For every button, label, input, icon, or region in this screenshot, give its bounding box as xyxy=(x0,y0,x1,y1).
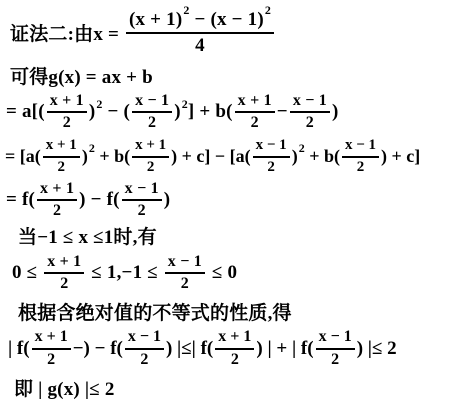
denominator: 2 xyxy=(57,275,71,293)
fraction-bar xyxy=(316,348,355,350)
numerator: x − 1 xyxy=(342,137,379,154)
math-text: x − 1 xyxy=(319,328,352,346)
fraction: x + 12 xyxy=(47,92,87,133)
superscript: 2 xyxy=(265,4,271,18)
math-text: ) xyxy=(164,189,171,211)
math-text: 2 xyxy=(357,159,365,176)
math-text: − xyxy=(277,101,288,123)
math-line-5: = f(x + 12) − f(x − 12) xyxy=(0,179,455,221)
numerator: x − 1 xyxy=(122,180,162,198)
denominator: 2 xyxy=(50,202,64,220)
superscript: 2 xyxy=(96,97,102,112)
numerator: x − 1 xyxy=(132,92,172,110)
math-text: = [a( xyxy=(5,146,41,167)
denominator: 4 xyxy=(192,35,208,57)
math-text: 2 xyxy=(181,275,189,293)
math-text: ≤ 1,−1 ≤ xyxy=(86,262,162,284)
denominator: 2 xyxy=(55,159,69,176)
fraction-bar xyxy=(342,156,379,158)
numerator: x + 1 xyxy=(43,137,80,154)
superscript: 2 xyxy=(183,4,189,18)
math-text: 2 xyxy=(231,351,239,369)
fraction: x + 12 xyxy=(44,253,84,294)
math-text: 2 xyxy=(147,159,155,176)
fraction-bar xyxy=(165,272,205,274)
math-text: x + 1 xyxy=(40,180,74,198)
math-text: 可得g(x) = ax + b xyxy=(10,62,153,89)
fraction-bar xyxy=(122,199,162,201)
math-text: x + 1 xyxy=(50,92,84,110)
math-text: 当−1 ≤ x ≤1时,有 xyxy=(18,222,157,249)
math-text: 2 xyxy=(148,114,156,132)
math-text: x + 1 xyxy=(47,253,81,271)
math-text: 2 xyxy=(251,114,259,132)
math-text: + b( xyxy=(305,146,340,167)
math-text: 2 xyxy=(140,351,148,369)
fraction-bar xyxy=(215,348,254,350)
denominator: 2 xyxy=(328,351,342,369)
denominator: 2 xyxy=(60,114,74,132)
denominator: 2 xyxy=(144,159,158,176)
math-text: 4 xyxy=(195,35,205,57)
numerator: x − 1 xyxy=(165,253,205,271)
fraction: x − 12 xyxy=(125,328,164,369)
math-text: ) − f( xyxy=(79,189,120,211)
math-line-6: 当−1 ≤ x ≤1时,有 xyxy=(0,221,455,249)
numerator: x + 1 xyxy=(215,328,254,346)
math-text: 即 | g(x) |≤ 2 xyxy=(14,374,115,401)
numerator: x + 1 xyxy=(47,92,87,110)
math-text: x − 1 xyxy=(168,253,202,271)
math-text: ) |≤| f( xyxy=(166,338,213,360)
math-text: 0 ≤ xyxy=(12,262,42,284)
math-text: ] + b( xyxy=(188,101,233,123)
superscript: 2 xyxy=(299,141,305,156)
fraction-bar xyxy=(132,111,172,113)
numerator: (x + 1)2 − (x − 1)2 xyxy=(126,9,274,31)
math-text: ) xyxy=(174,101,181,123)
math-text: 根据含绝对值的不等式的性质,得 xyxy=(18,298,292,325)
fraction-bar xyxy=(32,348,71,350)
fraction-bar xyxy=(253,156,290,158)
math-text: x − 1 xyxy=(125,180,159,198)
math-text: 2 xyxy=(58,159,66,176)
math-text: + b( xyxy=(95,146,130,167)
math-text: ) xyxy=(82,146,88,167)
fraction-bar xyxy=(125,348,164,350)
denominator: 2 xyxy=(264,159,278,176)
denominator: 2 xyxy=(145,114,159,132)
math-text: 2 xyxy=(60,275,68,293)
fraction-bar xyxy=(126,32,274,34)
fraction: x + 12 xyxy=(43,137,80,176)
numerator: x + 1 xyxy=(44,253,84,271)
math-line-10: 即 | g(x) |≤ 2 xyxy=(0,372,455,402)
fraction: x − 12 xyxy=(122,180,162,221)
denominator: 2 xyxy=(44,351,58,369)
fraction: x − 12 xyxy=(253,137,290,176)
fraction-bar xyxy=(37,199,77,201)
superscript: 2 xyxy=(89,141,95,156)
fraction: x − 12 xyxy=(316,328,355,369)
math-text: 2 xyxy=(47,351,55,369)
numerator: x + 1 xyxy=(37,180,77,198)
fraction: x + 12 xyxy=(215,328,254,369)
fraction: x + 12 xyxy=(132,137,169,176)
math-text: x − 1 xyxy=(128,328,161,346)
fraction: x + 12 xyxy=(235,92,275,133)
math-text: 2 xyxy=(306,114,314,132)
denominator: 2 xyxy=(248,114,262,132)
math-text: | f( xyxy=(8,338,30,360)
math-text: ) xyxy=(89,101,96,123)
superscript: 2 xyxy=(182,97,188,112)
fraction: x − 12 xyxy=(342,137,379,176)
math-text: x + 1 xyxy=(238,92,272,110)
math-text: − (x − 1) xyxy=(190,9,264,31)
fraction-bar xyxy=(132,156,169,158)
math-text: 2 xyxy=(63,114,71,132)
denominator: 2 xyxy=(228,351,242,369)
math-text: 2 xyxy=(267,159,275,176)
fraction-bar xyxy=(235,111,275,113)
math-text: = a[( xyxy=(6,101,45,123)
math-text: ) + c] xyxy=(381,146,420,167)
math-text: x − 1 xyxy=(256,137,287,154)
math-text: ) xyxy=(332,101,339,123)
denominator: 2 xyxy=(178,275,192,293)
numerator: x + 1 xyxy=(132,137,169,154)
fraction-bar xyxy=(44,272,84,274)
math-text: 2 xyxy=(53,202,61,220)
math-document: 证法二:由x = (x + 1)2 − (x − 1)24可得g(x) = ax… xyxy=(0,5,455,402)
fraction-bar xyxy=(47,111,87,113)
math-text: −) − f( xyxy=(73,338,123,360)
numerator: x + 1 xyxy=(235,92,275,110)
math-line-7: 0 ≤ x + 12 ≤ 1,−1 ≤ x − 12 ≤ 0 xyxy=(0,249,455,297)
numerator: x − 1 xyxy=(316,328,355,346)
math-text: x + 1 xyxy=(35,328,68,346)
math-text: x + 1 xyxy=(218,328,251,346)
numerator: x + 1 xyxy=(32,328,71,346)
math-text: (x + 1) xyxy=(129,9,182,31)
math-text: x + 1 xyxy=(135,137,166,154)
math-text: x − 1 xyxy=(135,92,169,110)
math-text: 证法二:由x = xyxy=(10,19,124,46)
math-line-3: = a[(x + 12)2 − (x − 12)2] + b(x + 12−x … xyxy=(0,90,455,134)
math-line-8: 根据含绝对值的不等式的性质,得 xyxy=(0,297,455,325)
math-text: x + 1 xyxy=(46,137,77,154)
math-text: ≤ 0 xyxy=(207,262,237,284)
numerator: x − 1 xyxy=(290,92,330,110)
fraction: (x + 1)2 − (x − 1)24 xyxy=(126,9,274,57)
fraction-bar xyxy=(43,156,80,158)
math-text: ) | + | f( xyxy=(256,338,313,360)
denominator: 2 xyxy=(137,351,151,369)
fraction: x − 12 xyxy=(165,253,205,294)
math-text: x − 1 xyxy=(293,92,327,110)
math-text: − ( xyxy=(103,101,130,123)
fraction: x − 12 xyxy=(290,92,330,133)
math-line-1: 证法二:由x = (x + 1)2 − (x − 1)24 xyxy=(0,5,455,60)
fraction: x + 12 xyxy=(37,180,77,221)
math-text: 2 xyxy=(331,351,339,369)
denominator: 2 xyxy=(354,159,368,176)
page: { "page": { "background": "#ffffff", "te… xyxy=(0,0,455,406)
math-line-4: = [a(x + 12)2 + b(x + 12) + c] − [a(x − … xyxy=(0,134,455,179)
math-line-2: 可得g(x) = ax + b xyxy=(0,60,455,90)
math-text: 2 xyxy=(138,202,146,220)
fraction: x + 12 xyxy=(32,328,71,369)
fraction-bar xyxy=(290,111,330,113)
math-text: ) + c] − [a( xyxy=(171,146,250,167)
math-text: x − 1 xyxy=(345,137,376,154)
denominator: 2 xyxy=(303,114,317,132)
denominator: 2 xyxy=(135,202,149,220)
math-text: = f( xyxy=(6,189,35,211)
numerator: x − 1 xyxy=(253,137,290,154)
math-text: ) xyxy=(292,146,298,167)
math-text: ) |≤ 2 xyxy=(357,338,397,360)
numerator: x − 1 xyxy=(125,328,164,346)
fraction: x − 12 xyxy=(132,92,172,133)
math-line-9: | f(x + 12−) − f(x − 12) |≤| f(x + 12) |… xyxy=(0,325,455,372)
